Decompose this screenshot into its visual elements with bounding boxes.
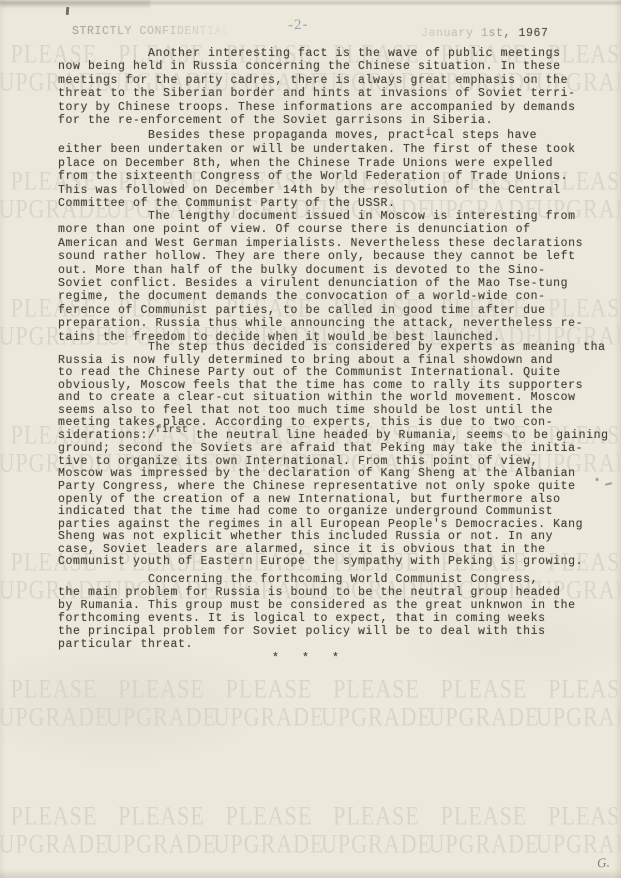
text-line: indicated that the time had come to orga… <box>58 506 609 519</box>
text-line: Sheng was not explicit whether this incl… <box>58 531 609 544</box>
text-line: The step thus decided is considered by e… <box>58 342 609 355</box>
text-line: the main problem for Russia is bound to … <box>58 586 576 599</box>
ink-speck <box>66 7 69 15</box>
text-line: place on December 8th, when the Chinese … <box>58 157 576 170</box>
paragraph: The lengthy document issued in Moscow is… <box>58 210 583 344</box>
page-number: -2- <box>288 17 309 35</box>
text-line: meetings for the party cadres, there is … <box>58 74 576 87</box>
initials-mark: G. <box>596 854 610 871</box>
text-line: ference of Communist parties, to be call… <box>58 304 583 317</box>
inserted-word: first <box>156 425 189 436</box>
pencil-tick-mark: * <box>594 478 600 489</box>
text-line: now being held in Russia concerning the … <box>58 60 576 73</box>
text-line: threat to the Siberian border and hints … <box>58 87 576 100</box>
text-line: from the sixteenth Congress of the World… <box>58 170 576 183</box>
text-line: either been undertaken or will be undert… <box>58 143 576 156</box>
text-line: Communist youth of Eastern Europe the sy… <box>58 556 609 569</box>
text-line: by Rumania. This group must be considere… <box>58 599 576 612</box>
text-line: for the re-enforcement of the Soviet gar… <box>58 114 576 127</box>
asterisk-separator: * * * <box>272 652 340 665</box>
text-line: Committee of the Communist Party of the … <box>58 197 576 210</box>
text-line: regime, the document demands the convoca… <box>58 290 583 303</box>
text-line: The lengthy document issued in Moscow is… <box>58 210 583 223</box>
text-line: more than one point of view. Of course t… <box>58 223 583 236</box>
text-line: tory by Chinese troops. These informatio… <box>58 101 576 114</box>
document-content: STRICTLY CONFIDENTIAL -2- January 1st, 1… <box>0 0 621 878</box>
text-line: This was followed on December 14th by th… <box>58 184 576 197</box>
text-line: particular threat. <box>58 638 576 651</box>
text-line: preparation. Russia thus while announcin… <box>58 317 583 330</box>
text-line: Besides these propaganda moves, practica… <box>58 129 576 143</box>
scanned-document-page: PLEASEUPGRADEPLEASEUPGRADEPLEASEUPGRADEP… <box>0 0 621 878</box>
text-line: Soviet conflict. Besides a virulent denu… <box>58 277 583 290</box>
text-line: out. More than half of the bulky documen… <box>58 264 583 277</box>
document-date: January 1st, 1967 <box>421 27 549 40</box>
text-line: Concerning the forthcoming World Communi… <box>58 573 576 586</box>
text-line: and to create a clear-cut situation with… <box>58 392 609 405</box>
text-line: American and West German imperialists. N… <box>58 237 583 250</box>
paragraph: Besides these propaganda moves, practica… <box>58 129 576 210</box>
text-line: forthcoming events. It is logical to exp… <box>58 612 576 625</box>
text-line: the principal problem for Soviet policy … <box>58 625 576 638</box>
text-line: sound rather hollow. They are there only… <box>58 250 583 263</box>
paragraph: Concerning the forthcoming World Communi… <box>58 573 576 652</box>
paragraph: Another interesting fact is the wave of … <box>58 47 576 127</box>
text-line: Party Congress, where the Chinese repres… <box>58 481 609 494</box>
paragraph: The step thus decided is considered by e… <box>58 342 609 569</box>
classification-stamp: STRICTLY CONFIDENTIAL <box>72 25 230 38</box>
text-line: Another interesting fact is the wave of … <box>58 47 576 60</box>
inserted-word: i <box>426 128 433 139</box>
text-line: to read the Chinese Party out of the Com… <box>58 367 609 380</box>
